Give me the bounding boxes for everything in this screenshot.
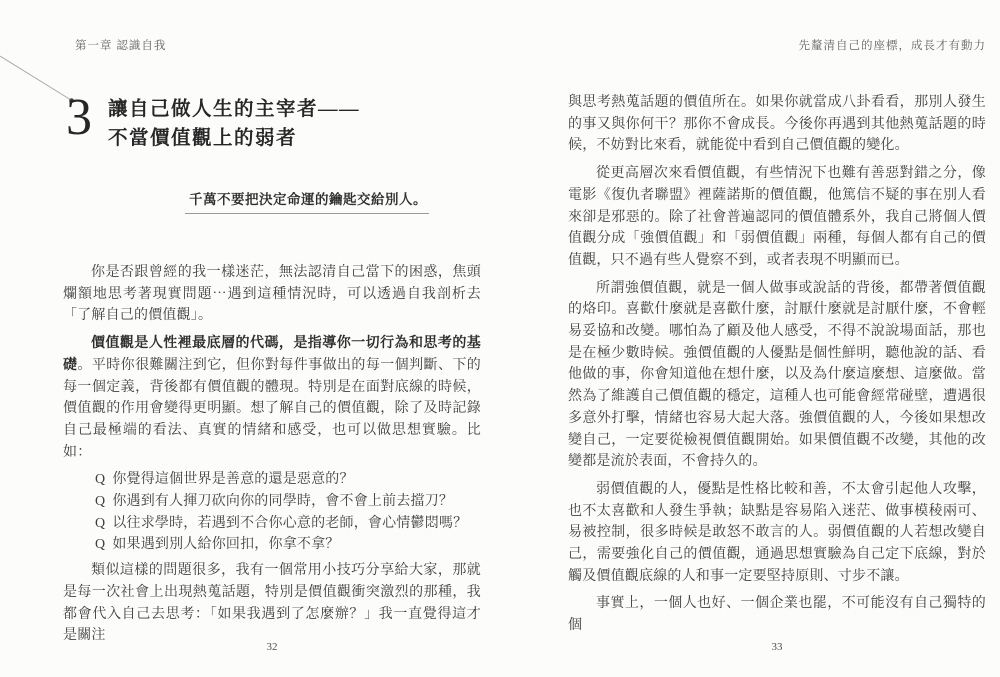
paragraph: 價值觀是人性裡最底層的代碼，是指導你一切行為和思考的基礎。平時你很難關注到它，但… [63, 333, 481, 463]
paragraph: 類似這樣的問題很多，我有一個常用小技巧分享給大家，那就是每一次社會上出現熱蒐話題… [63, 560, 481, 647]
paragraph: 弱價值觀的人，優點是性格比較和善，不太會引起他人攻擊，也不太喜歡和人發生爭執；缺… [568, 479, 986, 588]
running-header-chapter: 第一章 認識自我 [75, 37, 166, 53]
question-item: Q 如果遇到別人給你回扣，你拿不拿？ [95, 534, 481, 556]
question-item: Q 你覺得這個世界是善意的還是惡意的？ [95, 469, 481, 491]
chapter-epigraph: 千萬不要把決定命運的鑰匙交給別人。 [185, 188, 429, 214]
paragraph: 所謂強價值觀，就是一個人做事或說話的背後，都帶著價值觀的烙印。喜歡什麼就是喜歡什… [568, 278, 986, 473]
chapter-epigraph-row: 千萬不要把決定命運的鑰匙交給別人。 [63, 188, 481, 214]
page-number-right: 33 [568, 641, 986, 653]
chapter-number: 3 [66, 94, 92, 142]
chapter-heading: 3 讓自己做人生的主宰者—— 不當價值觀上的弱者 [66, 94, 360, 153]
question-text: 你覺得這個世界是善意的還是惡意的？ [112, 469, 353, 491]
question-item: Q 你遇到有人揮刀砍向你的同學時，會不會上前去擋刀？ [95, 491, 481, 513]
question-marker: Q [95, 513, 105, 535]
paragraph: 從更高層次來看價值觀，有些情況下也難有善惡對錯之分，像電影《復仇者聯盟》裡薩諾斯… [568, 163, 986, 272]
right-page-body: 與思考熱蒐話題的價值所在。如果你就當成八卦看看，那別人發生的事又與你何干？那你不… [568, 92, 986, 643]
chapter-title-line-1: 讓自己做人生的主宰者—— [108, 95, 360, 124]
paragraph: 事實上，一個人也好、一個企業也罷，不可能沒有自己獨特的個 [568, 593, 986, 636]
chapter-title: 讓自己做人生的主宰者—— 不當價值觀上的弱者 [108, 95, 360, 153]
paragraph-text: 。平時你很難關注到它，但你對每件事做出的每一個判斷、下的每一個定義，背後都有價值… [63, 358, 481, 460]
question-text: 如果遇到別人給你回扣，你拿不拿？ [112, 534, 339, 556]
book-spread: 第一章 認識自我 先釐清自己的座標，成長才有動力 3 讓自己做人生的主宰者—— … [0, 0, 1000, 677]
paragraph: 與思考熱蒐話題的價值所在。如果你就當成八卦看看，那別人發生的事又與你何干？那你不… [568, 92, 986, 157]
paragraph: 你是否跟曾經的我一樣迷茫，無法認清自己當下的困惑，焦頭爛額地思考著現實問題⋯遇到… [63, 262, 481, 327]
running-header-section: 先釐清自己的座標，成長才有動力 [568, 37, 986, 53]
question-list: Q 你覺得這個世界是善意的還是惡意的？ Q 你遇到有人揮刀砍向你的同學時，會不會… [95, 469, 481, 556]
question-marker: Q [95, 491, 105, 513]
question-marker: Q [95, 534, 105, 556]
page-number-left: 32 [63, 641, 481, 653]
question-marker: Q [95, 469, 105, 491]
question-item: Q 以往求學時，若遇到不合你心意的老師，會心情鬱悶嗎？ [95, 513, 481, 535]
question-text: 以往求學時，若遇到不合你心意的老師，會心情鬱悶嗎？ [112, 513, 467, 535]
left-page-body: 你是否跟曾經的我一樣迷茫，無法認清自己當下的困惑，焦頭爛額地思考著現實問題⋯遇到… [63, 262, 481, 653]
chapter-title-line-2: 不當價值觀上的弱者 [108, 124, 360, 153]
question-text: 你遇到有人揮刀砍向你的同學時，會不會上前去擋刀？ [112, 491, 453, 513]
